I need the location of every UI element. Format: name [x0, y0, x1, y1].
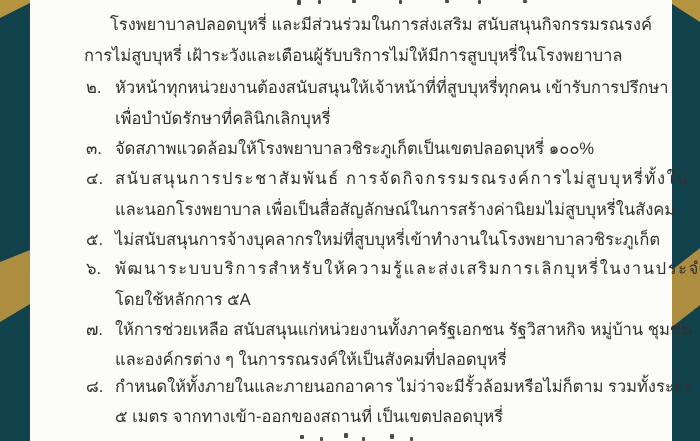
- policy-line: ๕ เมตร จากทางเข้า-ออกของสถานที่ เป็นเขตป…: [0, 404, 666, 432]
- policy-text: เพื่อบำบัดรักษาที่คลินิกเลิกบุหรี่: [115, 106, 331, 133]
- item-number: ๒.: [86, 75, 115, 102]
- item-number: ๔.: [86, 166, 115, 193]
- item-number: ๘.: [86, 374, 115, 401]
- policy-line: และองค์กรต่าง ๆ ในการรณรงค์ให้เป็นสังคมท…: [0, 347, 666, 375]
- item-number: ๓.: [86, 136, 115, 163]
- policy-text: และนอกโรงพยาบาล เพื่อเป็นสื่อสัญลักษณ์ใน…: [115, 197, 675, 224]
- policy-text: จัดสภาพแวดล้อมให้โรงพยาบาลวชิระภูเก็ตเป็…: [115, 136, 594, 163]
- right-gold-corner-wedge: [672, 0, 700, 24]
- policy-text: โดยใช้หลักการ ๕A: [115, 287, 251, 314]
- item-number: ๕.: [86, 227, 115, 254]
- policy-line: ๖. พัฒนาระบบบริการสำหรับให้ความรู้และส่ง…: [0, 256, 666, 284]
- policy-text: ไม่สนับสนุนการจ้างบุคลากรใหม่ที่สูบบุหรี…: [115, 227, 660, 254]
- policy-line: ๗. ให้การช่วยเหลือ สนับสนุนแก่หน่วยงานทั…: [0, 317, 666, 345]
- policy-line: โรงพยาบาลปลอดบุหรี่ และมีส่วนร่วมในการส่…: [0, 12, 666, 40]
- policy-line: ๕. ไม่สนับสนุนการจ้างบุคลากรใหม่ที่สูบบุ…: [0, 227, 666, 255]
- policy-line: โดยใช้หลักการ ๕A: [0, 287, 666, 315]
- policy-text: โรงพยาบาลปลอดบุหรี่ และมีส่วนร่วมในการส่…: [110, 12, 652, 39]
- policy-line: ๓. จัดสภาพแวดล้อมให้โรงพยาบาลวชิระภูเก็ต…: [0, 136, 666, 164]
- policy-text: พัฒนาระบบบริการสำหรับให้ความรู้และส่งเสร…: [115, 256, 700, 283]
- policy-text: ให้การช่วยเหลือ สนับสนุนแก่หน่วยงานทั้งภ…: [115, 317, 692, 344]
- policy-line: เพื่อบำบัดรักษาที่คลินิกเลิกบุหรี่: [0, 106, 666, 134]
- policy-line: และนอกโรงพยาบาล เพื่อเป็นสื่อสัญลักษณ์ใน…: [0, 197, 666, 225]
- policy-line: ๘. กำหนดให้ทั้งภายในและภายนอกอาคาร ไม่ว่…: [0, 374, 666, 402]
- policy-text: และองค์กรต่าง ๆ ในการรณรงค์ให้เป็นสังคมท…: [115, 347, 507, 374]
- item-number: ๗.: [86, 317, 115, 344]
- policy-text: ๕ เมตร จากทางเข้า-ออกของสถานที่ เป็นเขตป…: [115, 404, 503, 431]
- policy-text: หัวหน้าทุกหน่วยงานต้องสนับสนุนให้เจ้าหน้…: [115, 75, 669, 102]
- policy-line: การไม่สูบบุหรี่ เฝ้าระวังและเตือนผู้รับบ…: [0, 43, 666, 71]
- policy-text: สนับสนุนการประชาสัมพันธ์ การจัดกิจกรรมรณ…: [115, 166, 689, 193]
- policy-line: ๒. หัวหน้าทุกหน่วยงานต้องสนับสนุนให้เจ้า…: [0, 75, 666, 103]
- policy-text: การไม่สูบบุหรี่ เฝ้าระวังและเตือนผู้รับบ…: [84, 43, 623, 70]
- item-number: ๖.: [86, 256, 115, 283]
- policy-line: ๔. สนับสนุนการประชาสัมพันธ์ การจัดกิจกรร…: [0, 166, 666, 194]
- scanned-policy-document-page: โรงพยาบาลปลอดบุหรี่ และมีส่วนร่วมในการส่…: [0, 0, 700, 441]
- policy-text: กำหนดให้ทั้งภายในและภายนอกอาคาร ไม่ว่าจะ…: [115, 374, 692, 401]
